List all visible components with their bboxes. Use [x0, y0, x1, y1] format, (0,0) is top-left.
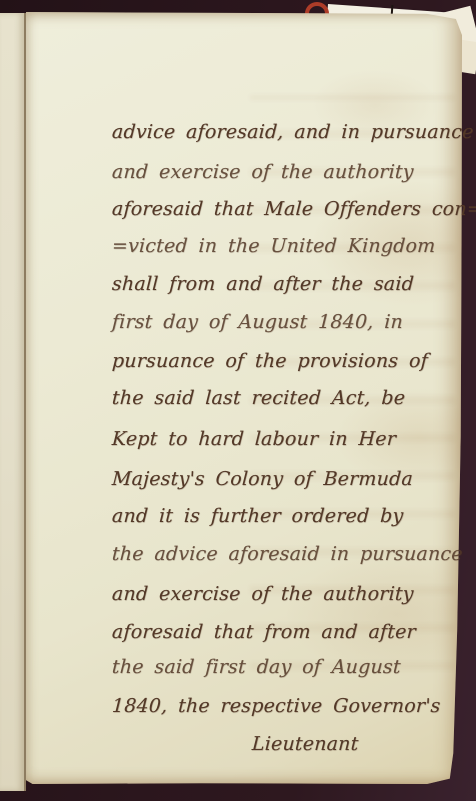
manuscript-line: and exercise of the authority — [111, 583, 414, 605]
manuscript-line: 1840, the respective Governor's — [111, 695, 441, 717]
manuscript-line: the said last recited Act, be — [111, 387, 405, 409]
manuscript-line: Lieutenant — [251, 733, 359, 755]
handwritten-text-block: advice aforesaid, and in pursuance and e… — [0, 0, 476, 801]
manuscript-line: and exercise of the authority — [111, 161, 414, 183]
manuscript-line: Kept to hard labour in Her — [111, 428, 396, 450]
manuscript-photo: advice aforesaid, and in pursuance and e… — [0, 0, 476, 801]
manuscript-line: aforesaid that from and after — [111, 621, 416, 643]
manuscript-line: and it is further ordered by — [111, 505, 404, 527]
manuscript-line: aforesaid that Male Offenders con= — [111, 198, 476, 220]
manuscript-line: Majesty's Colony of Bermuda — [111, 468, 413, 490]
manuscript-line: pursuance of the provisions of — [111, 350, 428, 372]
manuscript-line: =victed in the United Kingdom — [111, 235, 436, 257]
manuscript-line: first day of August 1840, in — [111, 311, 403, 333]
manuscript-line: the advice aforesaid in pursuance — [111, 543, 463, 565]
manuscript-line: shall from and after the said — [111, 273, 414, 295]
manuscript-line: the said first day of August — [111, 656, 401, 678]
manuscript-line: advice aforesaid, and in pursuance — [111, 121, 474, 143]
